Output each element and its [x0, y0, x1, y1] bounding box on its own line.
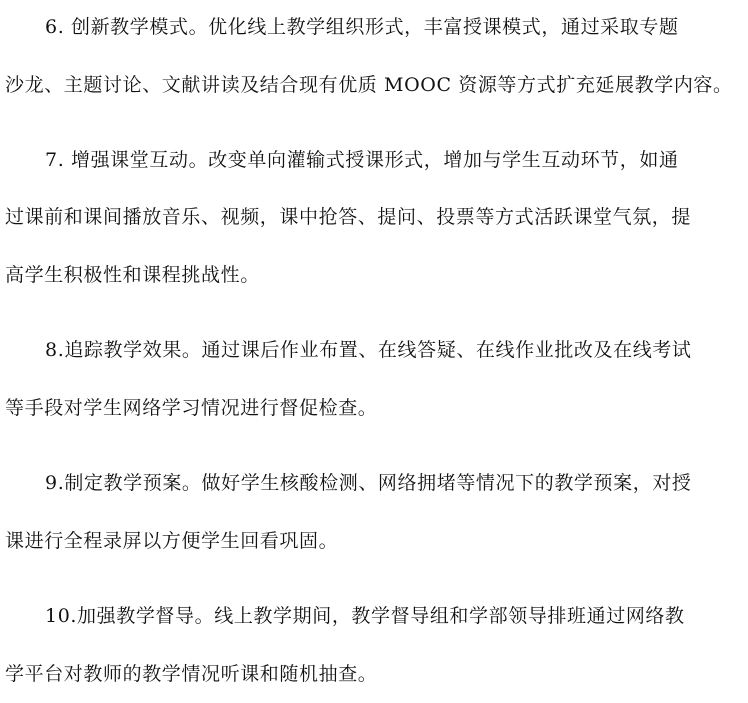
paragraph-line: 沙龙、主题讨论、文献讲读及结合现有优质 MOOC 资源等方式扩充延展教学内容。 [5, 73, 733, 97]
paragraph-line: 等手段对学生网络学习情况进行督促检查。 [5, 396, 377, 420]
paragraph-line: 6. 创新教学模式。优化线上教学组织形式，丰富授课模式，通过采取专题 [45, 15, 679, 39]
paragraph-line: 9.制定教学预案。做好学生核酸检测、网络拥堵等情况下的教学预案，对授 [45, 471, 692, 495]
paragraph-line: 学平台对教师的教学情况听课和随机抽查。 [5, 662, 377, 686]
paragraph-line: 8.追踪教学效果。通过课后作业布置、在线答疑、在线作业批改及在线考试 [45, 338, 692, 362]
paragraph-line: 课进行全程录屏以方便学生回看巩固。 [5, 529, 338, 553]
paragraph-line: 高学生积极性和课程挑战性。 [5, 263, 260, 287]
paragraph-line: 7. 增强课堂互动。改变单向灌输式授课形式，增加与学生互动环节，如通 [45, 148, 679, 172]
paragraph-line: 10.加强教学督导。线上教学期间，教学督导组和学部领导排班通过网络教 [45, 604, 685, 628]
paragraph-line: 过课前和课间播放音乐、视频，课中抢答、提问、投票等方式活跃课堂气氛，提 [5, 205, 691, 229]
